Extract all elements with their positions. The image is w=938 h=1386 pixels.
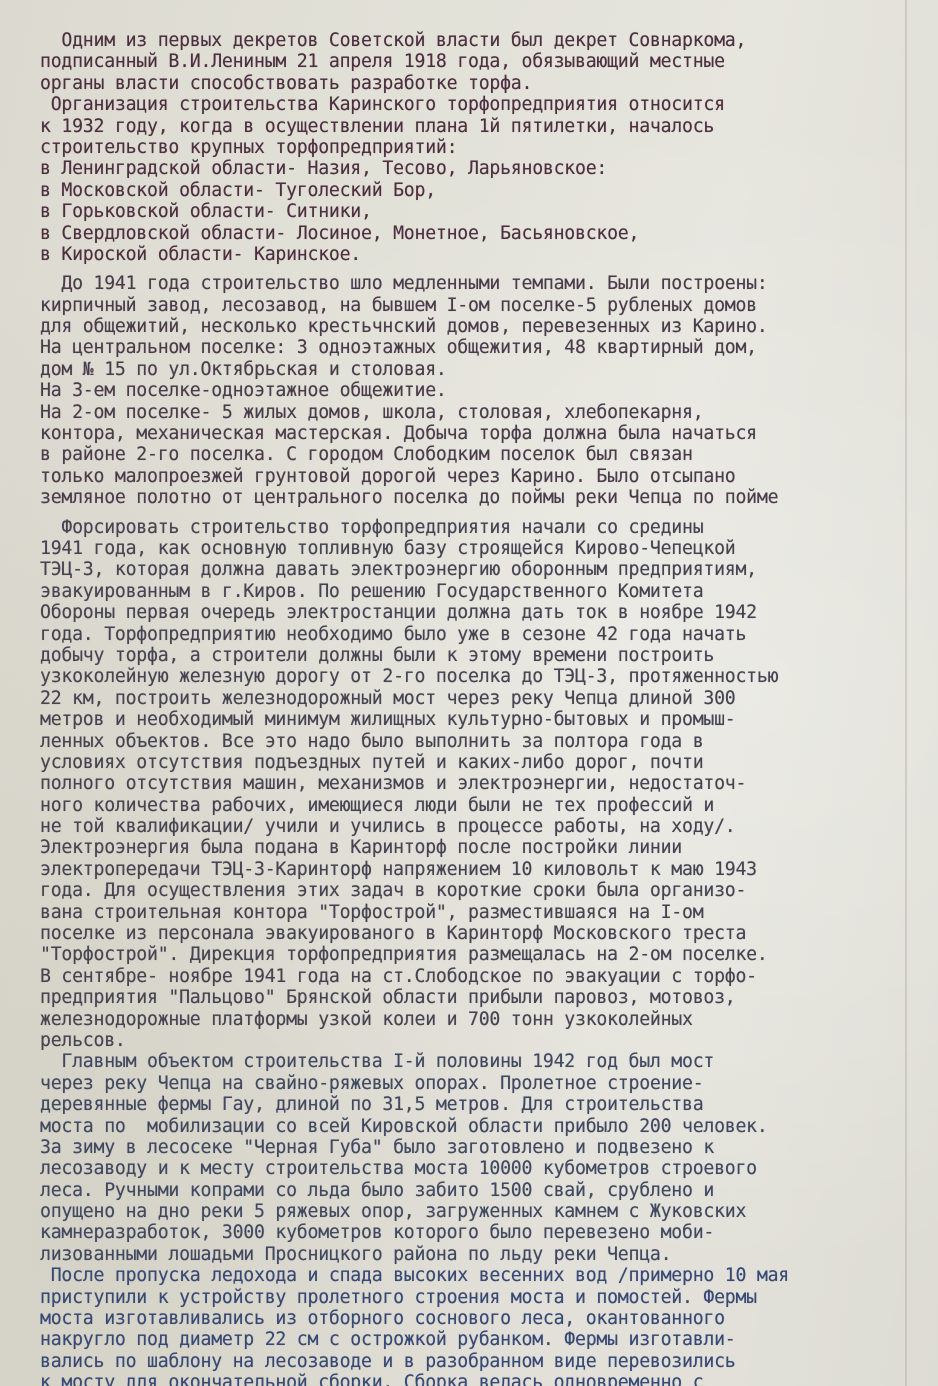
paragraph: Одним из первых декретов Советской власт… bbox=[40, 30, 938, 94]
paragraph: Организация строительства Каринского тор… bbox=[40, 94, 938, 265]
text-line: в Горьковской области- Ситники, bbox=[40, 201, 938, 222]
typewritten-text: Одним из первых декретов Советской власт… bbox=[40, 30, 938, 1386]
text-line: 1941 года, как основную топливную базу с… bbox=[40, 538, 938, 559]
text-line: Организация строительства Каринского тор… bbox=[40, 94, 938, 115]
text-line: через реку Чепца на свайно-ряжевых опора… bbox=[40, 1073, 938, 1094]
text-line: года. Торфопредприятию необходимо было у… bbox=[40, 624, 938, 645]
text-line: контора, механическая мастерская. Добыча… bbox=[40, 423, 938, 444]
text-line: подписанный В.И.Лениным 21 апреля 1918 г… bbox=[40, 51, 938, 72]
text-line: камнеразработок, 3000 кубометров которог… bbox=[40, 1222, 938, 1243]
text-line: электропередачи ТЭЦ-3-Каринторф напряжен… bbox=[40, 859, 938, 880]
text-line: метров и необходимый минимум жилищных ку… bbox=[40, 709, 938, 730]
text-line: В сентябре- ноябре 1941 года на ст.Слобо… bbox=[40, 966, 938, 987]
text-line: в районе 2-го поселка. С городом Слободк… bbox=[40, 444, 938, 465]
text-line: моста изготавливались из отборного сосно… bbox=[40, 1308, 938, 1329]
text-line: в Кироской области- Каринское. bbox=[40, 244, 938, 265]
text-line: Обороны первая очередь электростанции до… bbox=[40, 602, 938, 623]
text-line: условиях отсутствия подъездных путей и к… bbox=[40, 752, 938, 773]
paragraph-gap bbox=[40, 509, 938, 517]
paper-sheet: Одним из первых декретов Советской власт… bbox=[0, 0, 938, 1386]
text-line: "Торфострой". Дирекция торфопредприятия … bbox=[40, 944, 938, 965]
text-line: в Свердловской области- Лосиное, Монетно… bbox=[40, 223, 938, 244]
text-line: лизованными лошадьми Просницкого района … bbox=[40, 1244, 938, 1265]
text-line: добычу торфа, а строители должны были к … bbox=[40, 645, 938, 666]
text-line: Главным объектом строительства I-й полов… bbox=[40, 1051, 938, 1072]
text-line: На 2-ом поселке- 5 жилых домов, школа, с… bbox=[40, 402, 938, 423]
paragraph: После пропуска ледохода и спада высоких … bbox=[40, 1265, 938, 1386]
text-line: полного отсутствия машин, механизмов и э… bbox=[40, 773, 938, 794]
text-line: моста по мобилизации со всей Кировской о… bbox=[40, 1116, 938, 1137]
text-line: Форсировать строительство торфопредприят… bbox=[40, 517, 938, 538]
text-line: для общежитий, несколько крестьчнский до… bbox=[40, 316, 938, 337]
text-line: 22 км, построить железнодорожный мост че… bbox=[40, 688, 938, 709]
text-line: На центральном поселке: 3 одноэтажных об… bbox=[40, 337, 938, 358]
text-line: вана строительная контора "Торфострой", … bbox=[40, 902, 938, 923]
text-line: года. Для осуществления этих задач в кор… bbox=[40, 880, 938, 901]
text-line: земляное полотно от центрального поселка… bbox=[40, 487, 938, 508]
text-line: Одним из первых декретов Советской власт… bbox=[40, 30, 938, 51]
text-line: поселке из персонала эвакуированого в Ка… bbox=[40, 923, 938, 944]
text-line: эвакуированным в г.Киров. По решению Гос… bbox=[40, 581, 938, 602]
text-line: накругло под диаметр 22 см с острожкой р… bbox=[40, 1329, 938, 1350]
text-line: железнодорожные платформы узкой колеи и … bbox=[40, 1009, 938, 1030]
text-line: лесозаводу и к месту строительства моста… bbox=[40, 1158, 938, 1179]
text-line: На 3-ем поселке-одноэтажное общежитие. bbox=[40, 380, 938, 401]
paragraph-gap bbox=[40, 265, 938, 273]
text-line: в Ленинградской области- Назия, Тесово, … bbox=[40, 158, 938, 179]
text-line: предприятия "Пальцово" Брянской области … bbox=[40, 987, 938, 1008]
text-line: не той квалификации/ учили и учились в п… bbox=[40, 816, 938, 837]
paragraph: До 1941 года строительство шло медленным… bbox=[40, 273, 938, 508]
text-line: только малопроезжей грунтовой дорогой че… bbox=[40, 466, 938, 487]
text-line: До 1941 года строительство шло медленным… bbox=[40, 273, 938, 294]
text-line: ного количества рабочих, имеющиеся люди … bbox=[40, 795, 938, 816]
text-line: приступили к устройству пролетного строе… bbox=[40, 1287, 938, 1308]
text-line: узкоколейную железную дорогу от 2-го пос… bbox=[40, 666, 938, 687]
text-line: опущено на дно реки 5 ряжевых опор, загр… bbox=[40, 1201, 938, 1222]
text-line: деревянные фермы Гау, длиной по 31,5 мет… bbox=[40, 1094, 938, 1115]
text-line: строительство крупных торфопредприятий: bbox=[40, 137, 938, 158]
text-line: ТЭЦ-3, которая должна давать электроэнер… bbox=[40, 559, 938, 580]
paragraph: Главным объектом строительства I-й полов… bbox=[40, 1051, 938, 1265]
paragraph: Форсировать строительство торфопредприят… bbox=[40, 517, 938, 1052]
text-line: Электроэнергия была подана в Каринторф п… bbox=[40, 837, 938, 858]
text-line: органы власти способствовать разработке … bbox=[40, 73, 938, 94]
text-line: леса. Ручными копрами со льда было забит… bbox=[40, 1180, 938, 1201]
text-line: дом № 15 по ул.Октябрьская и столовая. bbox=[40, 359, 938, 380]
text-line: ленных объектов. Все это надо было выпол… bbox=[40, 731, 938, 752]
text-line: вались по шаблону на лесозаводе и в разо… bbox=[40, 1351, 938, 1372]
text-line: За зиму в лесосеке "Черная Губа" было за… bbox=[40, 1137, 938, 1158]
text-line: рельсов. bbox=[40, 1030, 938, 1051]
text-line: кирпичный завод, лесозавод, на бывшем I-… bbox=[40, 295, 938, 316]
text-line: к 1932 году, когда в осуществлении плана… bbox=[40, 116, 938, 137]
text-line: После пропуска ледохода и спада высоких … bbox=[40, 1265, 938, 1286]
text-line: в Московской области- Туголеский Бор, bbox=[40, 180, 938, 201]
text-line: к мосту для окончательной сборки. Сборка… bbox=[40, 1372, 938, 1386]
